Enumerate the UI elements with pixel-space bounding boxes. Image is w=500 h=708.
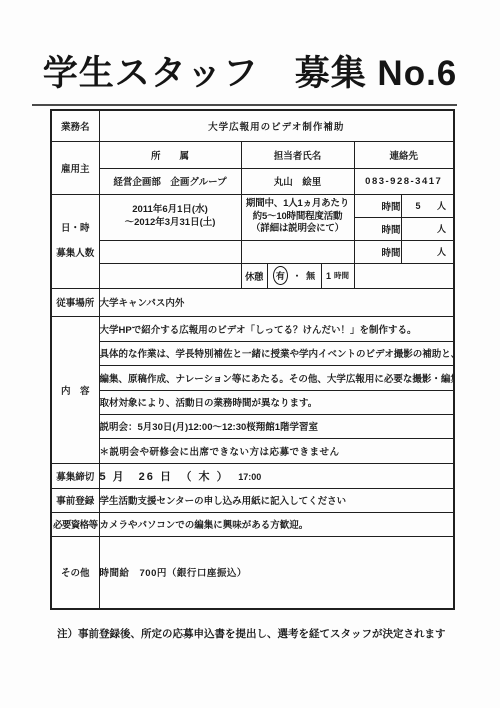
qualifications-label: 必要資格等 (51, 512, 99, 536)
row-deadline: 募集締切 5 月 26 日 （ 木 ） 17:00 (51, 463, 454, 488)
row-content-4: 取材対象により、活動日の業務時間が異なります。 (51, 390, 454, 414)
other-value: 時間給 700円（銀行口座振込） (99, 536, 454, 609)
break-duration: 1 (326, 271, 331, 281)
row-content-6: ＊説明会や研修会に出席できない方は応募できません (51, 438, 454, 463)
contact-header: 連絡先 (354, 141, 454, 168)
row-registration: 事前登録 学生活動支援センターの申し込み用紙に記入してください (51, 488, 454, 512)
qualifications-value: カメラやパソコンでの編集に興味がある方歓迎。 (99, 512, 454, 536)
break-separator: ・ (292, 269, 301, 282)
schedule-label-line2: 募集人数 (52, 248, 99, 259)
title-underline (32, 104, 457, 106)
activity-note-line2: 約5～10時間程度活動 (242, 211, 354, 223)
deadline-time: 17:00 (238, 472, 261, 482)
footer-note: 注）事前登録後、所定の応募申込書を提出し、選考を経てスタッフが決定されます (57, 626, 446, 641)
employer-label: 雇用主 (51, 141, 99, 194)
job-name-label: 業務名 (51, 110, 99, 141)
staff-count-1-unit: 人 (437, 199, 446, 212)
dept-header: 所 属 (99, 141, 241, 168)
registration-label: 事前登録 (51, 488, 99, 512)
schedule-label-line1: 日・時 (52, 223, 99, 234)
break-duration-cell: 1 時間 (321, 263, 354, 288)
content-line-5: 説明会：5月30日(月)12:00～12:30桜翔館1階学習室 (99, 414, 454, 438)
dept-value: 経営企画部 企画グループ (99, 168, 241, 194)
break-label: 休憩 (241, 263, 267, 288)
job-name-value: 大学広報用のビデオ制作補助 (99, 110, 454, 141)
row-content-2: 具体的な作業は、学長特別補佐と一緒に授業や学内イベントのビデオ撮影の補助と、テー… (51, 341, 454, 365)
empty-note-cell (241, 240, 354, 263)
phone-value: 083-928-3417 (354, 168, 454, 194)
staff-count-3: 人 (401, 240, 454, 263)
empty-period-cell (99, 240, 241, 263)
document-page: 学生スタッフ 募集 No.6 業務名 大学広報用のビデオ制作補助 雇用主 所 属… (0, 0, 500, 708)
content-label: 内 容 (51, 316, 99, 463)
hours-label-2: 時間 (354, 217, 401, 240)
deadline-label: 募集締切 (51, 463, 99, 488)
break-yes: 有 (276, 269, 285, 282)
recruitment-form-table: 業務名 大学広報用のビデオ制作補助 雇用主 所 属 担当者氏名 連絡先 経営企画… (50, 109, 455, 610)
break-no: 無 (306, 269, 315, 282)
row-location: 従事場所 大学キャンパス内外 (51, 288, 454, 316)
staff-count-1: 5 人 (401, 194, 454, 217)
content-line-3: 編集、原稿作成、ナレーション等にあたる。その他、大学広報用に必要な撮影・編集等も… (99, 365, 454, 390)
row-job-name: 業務名 大学広報用のビデオ制作補助 (51, 110, 454, 141)
break-choice-cell: 有 ・ 無 (267, 263, 321, 288)
staff-count-1-num: 5 (416, 201, 421, 211)
other-label: その他 (51, 536, 99, 609)
location-label: 従事場所 (51, 288, 99, 316)
hours-label-3: 時間 (354, 240, 401, 263)
row-other: その他 時間給 700円（銀行口座振込） (51, 536, 454, 609)
deadline-cell: 5 月 26 日 （ 木 ） 17:00 (99, 463, 454, 488)
page-title: 学生スタッフ 募集 No.6 (0, 46, 500, 96)
row-schedule-1: 日・時 募集人数 2011年6月1日(水) ～2012年3月31日(土) 期間中… (51, 194, 454, 217)
period-line2: ～2012年3月31日(土) (100, 217, 241, 230)
content-line-6: ＊説明会や研修会に出席できない方は応募できません (99, 438, 454, 463)
row-qualifications: 必要資格等 カメラやパソコンでの編集に興味がある方歓迎。 (51, 512, 454, 536)
content-line-1: 大学HPで紹介する広報用のビデオ「しってる？けんだい！」を制作する。 (99, 316, 454, 341)
row-employer-values: 経営企画部 企画グループ 丸山 絵里 083-928-3417 (51, 168, 454, 194)
hours-label-1: 時間 (354, 194, 401, 217)
period-cell: 2011年6月1日(水) ～2012年3月31日(土) (99, 194, 241, 240)
activity-note-line3: （詳細は説明会にて） (242, 223, 354, 235)
activity-note-line1: 期間中、1人1ヵ月あたり (242, 198, 354, 210)
staff-count-2-unit: 人 (437, 222, 446, 235)
activity-note-cell: 期間中、1人1ヵ月あたり 約5～10時間程度活動 （詳細は説明会にて） (241, 194, 354, 240)
content-line-4: 取材対象により、活動日の業務時間が異なります。 (99, 390, 454, 414)
staff-count-3-unit: 人 (437, 245, 446, 258)
period-line1: 2011年6月1日(水) (100, 204, 241, 217)
row-content-1: 内 容 大学HPで紹介する広報用のビデオ「しってる？けんだい！」を制作する。 (51, 316, 454, 341)
content-line-2: 具体的な作業は、学長特別補佐と一緒に授業や学内イベントのビデオ撮影の補助と、テー… (99, 341, 454, 365)
empty-cell-break-right (354, 263, 454, 288)
deadline-value: 5 月 26 日 （ 木 ） (100, 471, 230, 483)
contact-name-header: 担当者氏名 (241, 141, 354, 168)
staff-count-2: 人 (401, 217, 454, 240)
row-schedule-3: 時間 人 (51, 240, 454, 263)
row-content-3: 編集、原稿作成、ナレーション等にあたる。その他、大学広報用に必要な撮影・編集等も… (51, 365, 454, 390)
schedule-label: 日・時 募集人数 (51, 194, 99, 288)
registration-value: 学生活動支援センターの申し込み用紙に記入してください (99, 488, 454, 512)
location-value: 大学キャンパス内外 (99, 288, 454, 316)
contact-name-value: 丸山 絵里 (241, 168, 354, 194)
row-employer-header: 雇用主 所 属 担当者氏名 連絡先 (51, 141, 454, 168)
break-yes-circled: 有 (273, 266, 288, 285)
row-content-5: 説明会：5月30日(月)12:00～12:30桜翔館1階学習室 (51, 414, 454, 438)
break-duration-unit: 時間 (334, 270, 349, 281)
empty-cell-break-left (99, 263, 241, 288)
row-break: 休憩 有 ・ 無 1 時間 (51, 263, 454, 288)
